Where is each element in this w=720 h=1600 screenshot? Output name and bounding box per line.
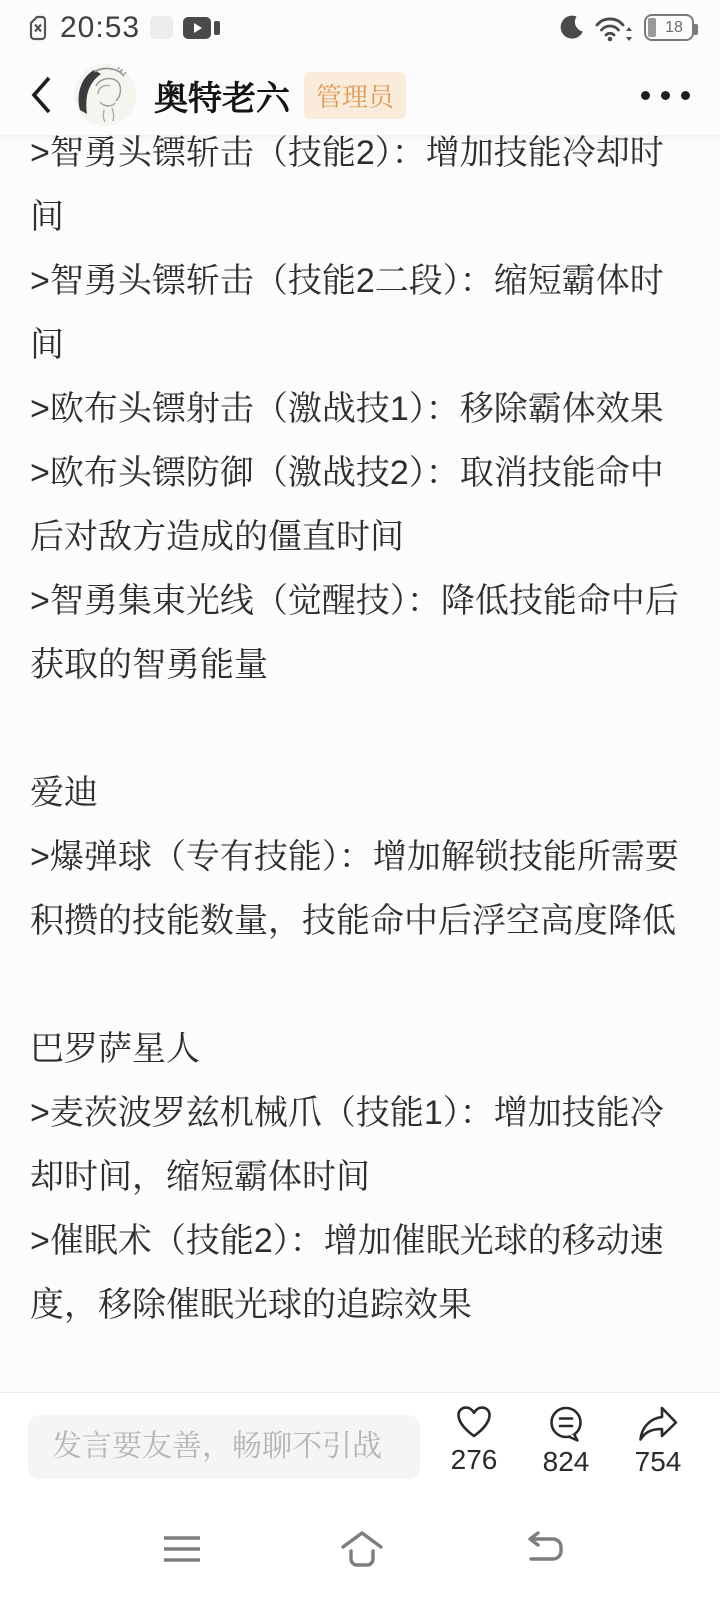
share-button[interactable]: 754 [612,1405,704,1478]
header: 奥特老六 管理员 [0,55,720,135]
avatar[interactable] [74,64,136,126]
clock-time: 20:53 [60,11,140,45]
comment-count: 824 [543,1447,590,1478]
share-arrow-icon [637,1405,679,1443]
ghost-icon [150,16,173,39]
status-bar: 20:53 [0,0,720,55]
moon-icon [557,14,584,41]
system-nav-bar [0,1497,720,1600]
like-button[interactable]: 276 [428,1405,520,1478]
post-line: 后对敌方造成的僵直时间 [30,505,690,569]
post-line: >智勇集束光线（觉醒技）：降低技能命中后 [30,569,690,633]
return-arrow-icon [519,1531,565,1567]
more-button[interactable] [639,81,692,110]
post-line-spacer [30,697,690,761]
post-line: >欧布头镖射击（激战技1）：移除霸体效果 [30,377,690,441]
home-icon [339,1528,385,1570]
share-count: 754 [635,1447,682,1478]
battery-level: 18 [656,19,692,37]
post-actions: 276 824 754 [428,1405,704,1478]
post-line: >麦茨波罗兹机械爪（技能1）：增加技能冷 [30,1081,690,1145]
post-content: >智勇头镖斩击（技能2）：增加技能冷却时 间 >智勇头镖斩击（技能2二段）：缩短… [0,135,720,1392]
post-line: 间 [30,313,690,377]
post-line: 却时间，缩短霸体时间 [30,1145,690,1209]
like-count: 276 [451,1445,498,1476]
post-line: 间 [30,185,690,249]
post-line: 度，移除催眠光球的追踪效果 [30,1273,690,1337]
nav-back-button[interactable] [518,1525,566,1573]
comment-bubble-icon [547,1405,585,1443]
post-line-spacer [30,953,690,1017]
post-line: 积攒的技能数量，技能命中后浮空高度降低 [30,889,690,953]
post-line: >智勇头镖斩击（技能2）：增加技能冷却时 [30,135,690,185]
comment-bar: 276 824 754 [0,1392,720,1497]
home-button[interactable] [338,1525,386,1573]
no-sim-icon [26,14,50,42]
post-line: >爆弹球（专有技能）：增加解锁技能所需要 [30,825,690,889]
heart-icon [455,1405,493,1441]
post-line: 爱迪 [30,761,690,825]
recents-menu-button[interactable] [158,1525,206,1573]
back-button[interactable] [28,74,54,116]
battery-icon: 18 [644,14,694,41]
post-line: 获取的智勇能量 [30,633,690,697]
post-text: >智勇头镖斩击（技能2）：增加技能冷却时 间 >智勇头镖斩击（技能2二段）：缩短… [0,135,720,1337]
screen-record-icon [183,17,220,39]
post-line: >欧布头镖防御（激战技2）：取消技能命中 [30,441,690,505]
admin-badge: 管理员 [304,72,406,119]
post-line: >智勇头镖斩击（技能2二段）：缩短霸体时 [30,249,690,313]
username: 奥特老六 [154,71,290,120]
post-line: 巴罗萨星人 [30,1017,690,1081]
menu-icon [162,1534,202,1564]
comment-button[interactable]: 824 [520,1405,612,1478]
wifi-icon [594,14,634,42]
comment-input[interactable] [28,1415,420,1479]
app-screen: 20:53 [0,0,720,1600]
post-line: >催眠术（技能2）：增加催眠光球的移动速 [30,1209,690,1273]
